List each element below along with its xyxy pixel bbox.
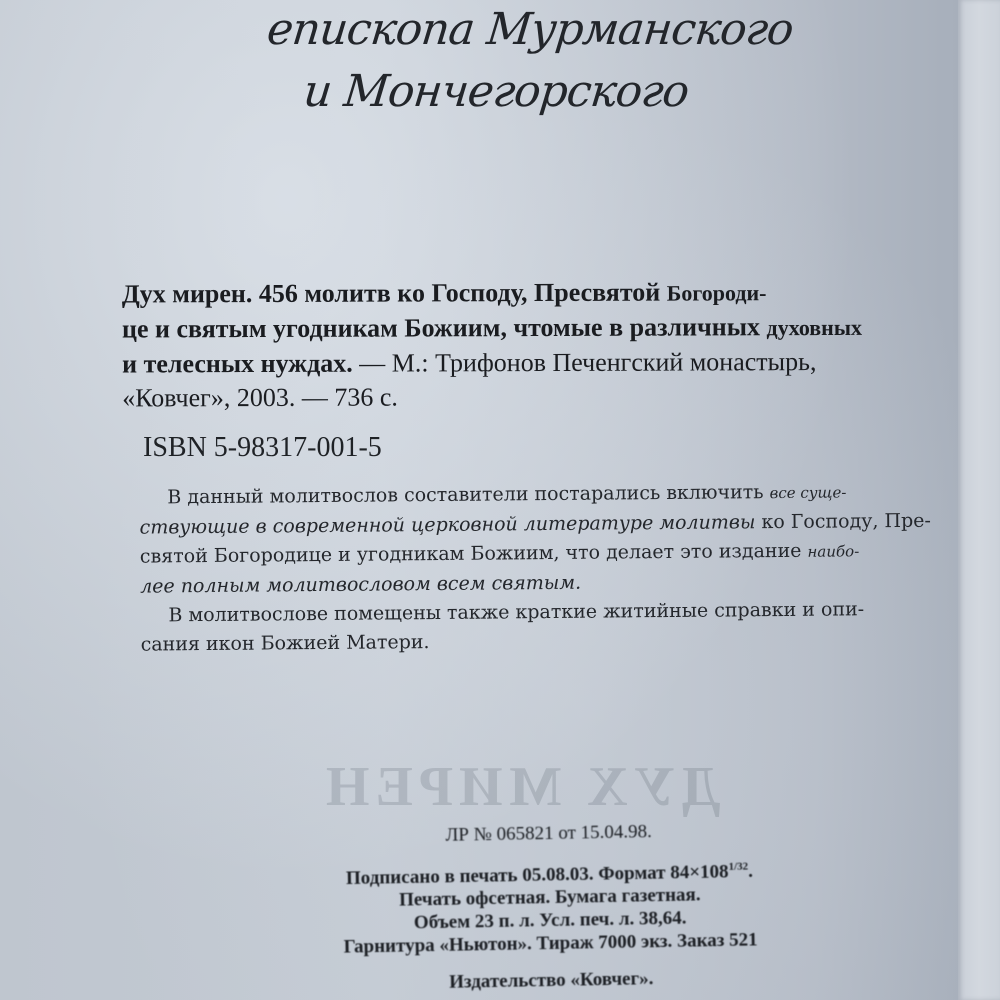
imprint: ЛР № 065821 от 15.04.98. Подписано в печ… (269, 817, 832, 997)
bibliographic-entry: Дух мирен. 456 молитв ко Господу, Пресвя… (122, 275, 962, 416)
imprint-publisher: Издательство «Ковчег». (271, 964, 831, 997)
dedication-line-1: епископа Мурманского (0, 4, 1000, 55)
biblio-title-part: Дух мирен. 456 молитв ко Господу, Пресвя… (122, 278, 661, 309)
imprint-license: ЛР № 065821 от 15.04.98. (269, 817, 829, 850)
imprint-format-fraction: 1/32 (728, 861, 748, 873)
dedication-line-2: и Мончегорского (0, 66, 1000, 117)
biblio-line-4: «Ковчег», 2003. — 736 с. (122, 379, 962, 416)
annotation-italic: все суще- (770, 483, 847, 502)
biblio-line-1: Дух мирен. 456 молитв ко Господу, Пресвя… (122, 275, 962, 313)
book-page: епископа Мурманского и Мончегорского Дух… (0, 0, 958, 1000)
biblio-publisher: — М.: Трифонов Печенгский монастырь, (353, 347, 817, 378)
annotation-text: В данный молитвослов составители постара… (167, 481, 769, 508)
adjacent-page-edge (958, 0, 1000, 1000)
biblio-title-part: и телесных нуждах. (122, 349, 353, 379)
biblio-title-tail: духовных (766, 315, 862, 340)
isbn: ISBN 5-98317-001-5 (143, 432, 382, 464)
annotation-text: ко Господу, Пре- (755, 510, 931, 534)
annotation: В данный молитвослов составители постара… (139, 476, 961, 659)
annotation-italic: ствующие в современной церковной литерат… (140, 511, 756, 538)
bleed-through-text: ДУХ МИРЕН (320, 755, 720, 819)
biblio-title-part: це и святым угодникам Божиим, чтомые в р… (122, 312, 760, 343)
biblio-title-tail: Богороди- (667, 280, 767, 305)
annotation-italic: наибо- (807, 542, 859, 560)
biblio-line-3: и телесных нуждах. — М.: Трифонов Печенг… (122, 345, 962, 382)
annotation-italic: лее полным молитвословом всем святым. (140, 572, 581, 598)
annotation-text: святой Богородице и угодникам Божиим, чт… (140, 540, 808, 568)
biblio-line-2: це и святым угодникам Божиим, чтомые в р… (122, 310, 962, 348)
annotation-line: сания икон Божией Матери. (141, 623, 961, 659)
